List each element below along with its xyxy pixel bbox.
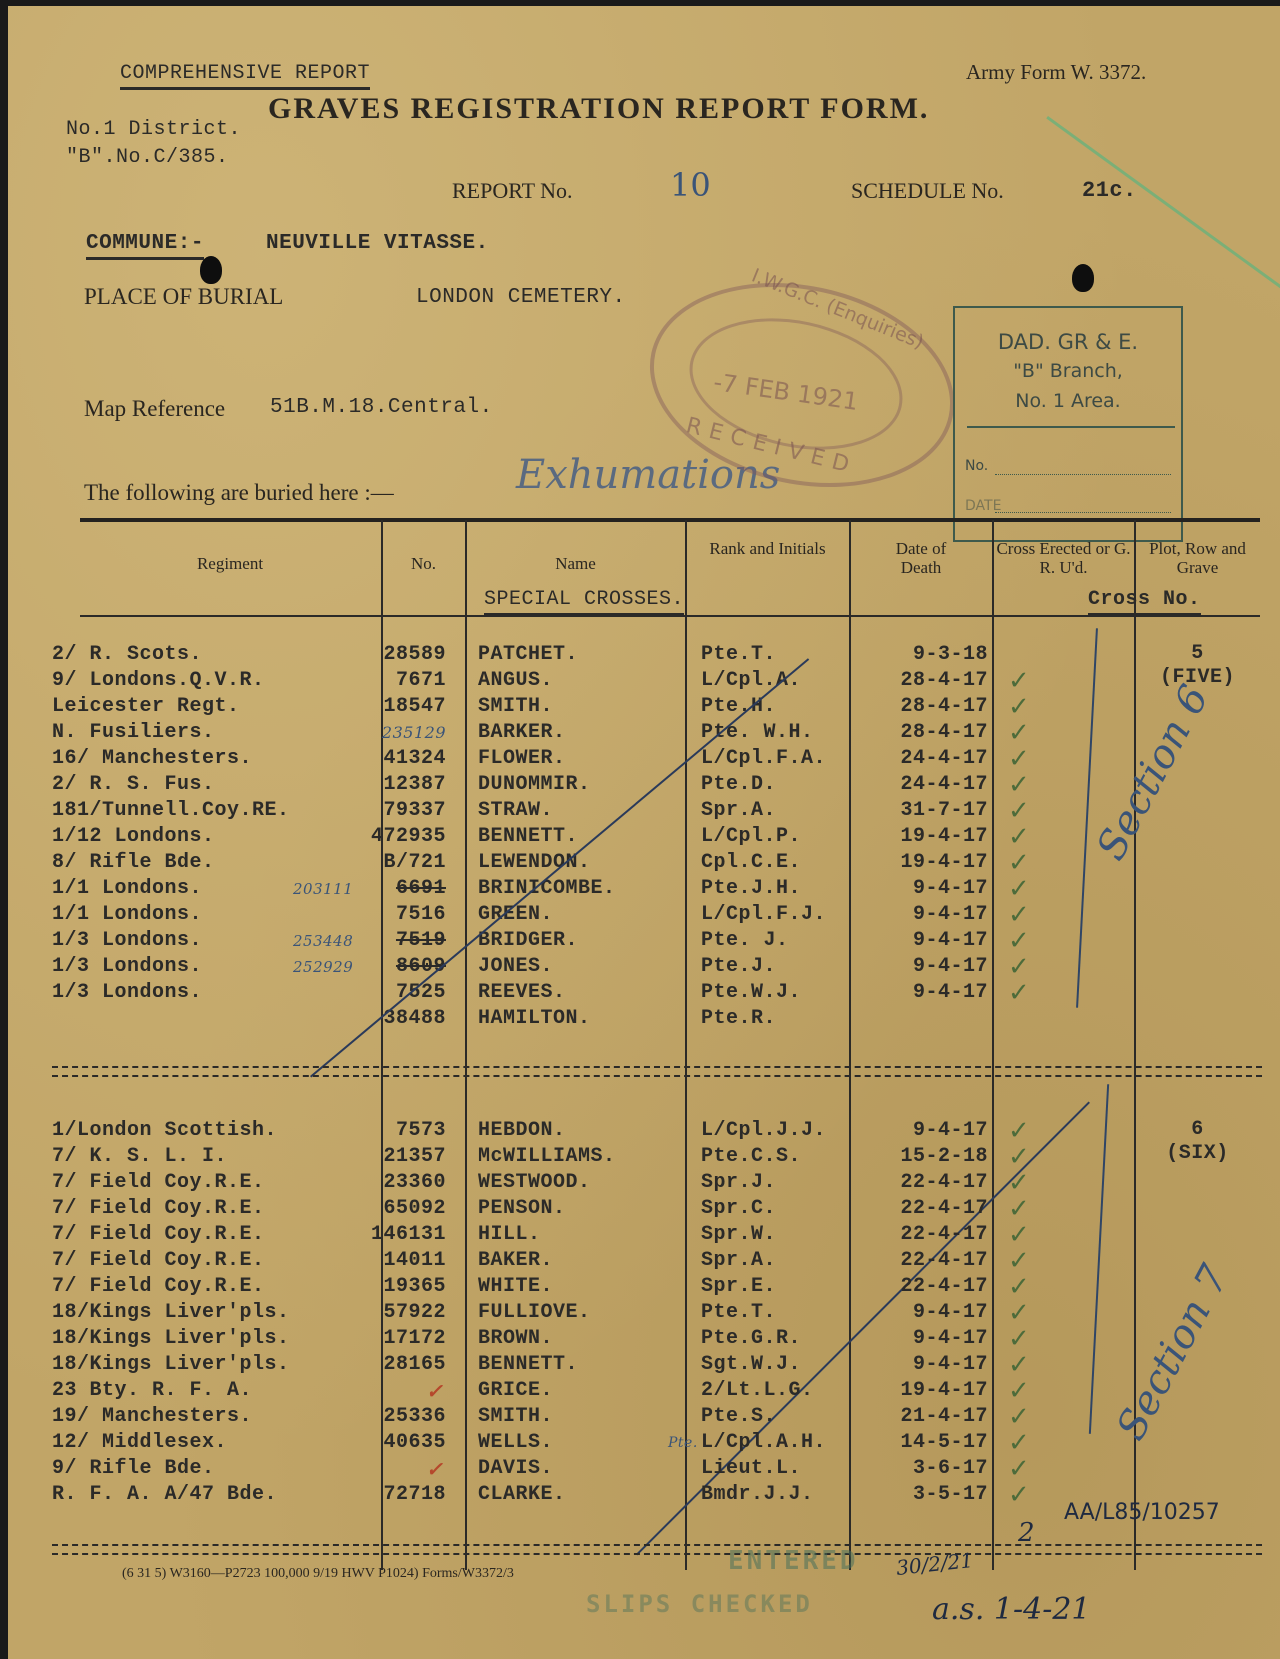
regiment-cell: 23 Bty. R. F. A. [52, 1378, 252, 1404]
commune-value: NEUVILLE VITASSE. [266, 232, 489, 255]
rank-cell: L/Cpl.F.J. [701, 902, 826, 928]
number-cell: 7516 [396, 902, 446, 928]
rank-cell: Pte.T. [701, 642, 776, 668]
regiment-cell: 7/ Field Coy.R.E. [52, 1170, 265, 1196]
name-cell: WHITE. [478, 1274, 553, 1300]
regiment-cell: 1/12 Londons. [52, 824, 215, 850]
print-code: (6 31 5) W3160—P2723 100,000 9/19 HWV P1… [122, 1566, 514, 1582]
regiment-cell: 9/ Rifle Bde. [52, 1456, 215, 1482]
date-cell: 9-4-17 [913, 1118, 988, 1144]
regiment-cell: 18/Kings Liver'pls. [52, 1300, 290, 1326]
name-cell: PATCHET. [478, 642, 578, 668]
checkmark-icon: ✓ [1008, 1196, 1030, 1222]
punch-hole-right [1072, 264, 1094, 292]
regiment-cell: 7/ Field Coy.R.E. [52, 1222, 265, 1248]
dad-stamp-no-field [995, 474, 1171, 475]
name-cell: BAKER. [478, 1248, 553, 1274]
regiment-cell: 2/ R. Scots. [52, 642, 202, 668]
date-cell: 15-2-18 [900, 1144, 988, 1170]
table-row: 7/ Field Coy.R.E.23360WESTWOOD.Spr.J.22-… [8, 1170, 1280, 1196]
rank-cell: Spr.A. [701, 1248, 776, 1274]
rank-cell: Spr.C. [701, 1196, 776, 1222]
rank-cell: Spr.A. [701, 798, 776, 824]
date-cell: 21-4-17 [900, 1404, 988, 1430]
comprehensive-report-heading: COMPREHENSIVE REPORT [120, 62, 370, 90]
checkmark-icon: ✓ [1008, 1326, 1030, 1352]
rank-cell: Cpl.C.E. [701, 850, 801, 876]
table-row: 18/Kings Liver'pls.57922FULLIOVE.Pte.T.9… [8, 1300, 1280, 1326]
number-correction: 252929 [293, 954, 353, 980]
table-row: 23 Bty. R. F. A.✓GRICE.2/Lt.L.G.19-4-17✓ [8, 1378, 1280, 1404]
name-cell: PENSON. [478, 1196, 566, 1222]
checkmark-icon: ✓ [1008, 850, 1030, 876]
rank-cell: Bmdr.J.J. [701, 1482, 814, 1508]
checkmark-icon: ✓ [1008, 1274, 1030, 1300]
number-cell: 146131 [371, 1222, 446, 1248]
number-correction: 253448 [293, 928, 353, 954]
rank-cell: Pte.J. [701, 954, 776, 980]
table-row: 7/ Field Coy.R.E.65092PENSON.Spr.C.22-4-… [8, 1196, 1280, 1222]
dad-stamp-line2: "B" Branch, [955, 360, 1181, 382]
table-row: 7/ K. S. L. I.21357McWILLIAMS.Pte.C.S.15… [8, 1144, 1280, 1170]
rank-cell: Pte.R. [701, 1006, 776, 1032]
number-cell: 38488 [383, 1006, 446, 1032]
checkmark-icon: ✓ [1008, 824, 1030, 850]
checkmark-icon: ✓ [1008, 1404, 1030, 1430]
dad-stamp-line3: No. 1 Area. [955, 390, 1181, 412]
rank-cell: Pte.W.J. [701, 980, 801, 1006]
number-cell: 72718 [383, 1482, 446, 1508]
number-cell: 17172 [383, 1326, 446, 1352]
number-cell: 23360 [383, 1170, 446, 1196]
date-cell: 22-4-17 [900, 1248, 988, 1274]
checkmark-icon: ✓ [1008, 902, 1030, 928]
green-crayon-mark [1046, 116, 1280, 330]
number-cell: 14011 [383, 1248, 446, 1274]
name-cell: HAMILTON. [478, 1006, 591, 1032]
file-reference: AA/L85/10257 [1064, 1500, 1220, 1525]
name-cell: CLARKE. [478, 1482, 566, 1508]
checkmark-icon: ✓ [1008, 1456, 1030, 1482]
name-cell: WESTWOOD. [478, 1170, 591, 1196]
rank-cell: L/Cpl.A.H. [701, 1430, 826, 1456]
number-cell: 28165 [383, 1352, 446, 1378]
regiment-cell: 16/ Manchesters. [52, 746, 252, 772]
regiment-cell: 1/3 Londons. [52, 980, 202, 1006]
date-cell: 22-4-17 [900, 1196, 988, 1222]
table-row: Leicester Regt.18547SMITH.Pte.H.28-4-17✓ [8, 694, 1280, 720]
number-correction: 203111 [293, 876, 353, 902]
regiment-cell: N. Fusiliers. [52, 720, 215, 746]
checkmark-icon: ✓ [1008, 1118, 1030, 1144]
rank-cell: L/Cpl.A. [701, 668, 801, 694]
date-cell: 22-4-17 [900, 1222, 988, 1248]
report-no-value: 10 [670, 166, 711, 204]
table-row: 1/3 Londons.7525REEVES.Pte.W.J.9-4-17✓ [8, 980, 1280, 1006]
regiment-cell: 1/3 Londons. [52, 954, 202, 980]
cross-number-5: 5 [1135, 642, 1260, 665]
rank-cell: Pte.T. [701, 1300, 776, 1326]
red-tick-icon: ✓ [426, 1378, 443, 1404]
dad-stamp-divider [967, 426, 1175, 428]
regiment-cell: 7/ Field Coy.R.E. [52, 1196, 265, 1222]
cross-no-heading: Cross No. [1088, 588, 1201, 616]
regiment-cell: 7/ Field Coy.R.E. [52, 1248, 265, 1274]
number-cell: 57922 [383, 1300, 446, 1326]
date-cell: 3-6-17 [913, 1456, 988, 1482]
rank-cell: L/Cpl.P. [701, 824, 801, 850]
number-cell: 21357 [383, 1144, 446, 1170]
name-cell: ANGUS. [478, 668, 553, 694]
name-cell: WELLS. [478, 1430, 553, 1456]
name-cell: BRIDGER. [478, 928, 578, 954]
name-cell: HILL. [478, 1222, 541, 1248]
regiment-cell: 1/London Scottish. [52, 1118, 277, 1144]
place-of-burial-value: LONDON CEMETERY. [416, 286, 626, 309]
date-cell: 9-4-17 [913, 928, 988, 954]
name-cell: JONES. [478, 954, 553, 980]
number-cell: 40635 [383, 1430, 446, 1456]
regiment-cell: 1/1 Londons. [52, 876, 202, 902]
punch-hole-left [200, 256, 222, 284]
number-cell: 25336 [383, 1404, 446, 1430]
checkmark-icon: ✓ [1008, 772, 1030, 798]
place-of-burial-label: PLACE OF BURIAL [84, 284, 283, 310]
district-label: No.1 District. [66, 118, 241, 141]
regiment-cell: 181/Tunnell.Coy.RE. [52, 798, 290, 824]
date-cell: 19-4-17 [900, 824, 988, 850]
checkmark-icon: ✓ [1008, 954, 1030, 980]
number-cell: 19365 [383, 1274, 446, 1300]
date-cell: 9-4-17 [913, 1326, 988, 1352]
rank-correction: Pte. [668, 1430, 698, 1456]
red-tick-icon: ✓ [426, 1456, 443, 1482]
slips-checked-stamp: SLIPS CHECKED [586, 1590, 813, 1618]
regiment-cell: 1/1 Londons. [52, 902, 202, 928]
regiment-cell: Leicester Regt. [52, 694, 240, 720]
name-cell: SMITH. [478, 694, 553, 720]
regiment-cell: 18/Kings Liver'pls. [52, 1352, 290, 1378]
rank-cell: L/Cpl.J.J. [701, 1118, 826, 1144]
number-cell: B/721 [383, 850, 446, 876]
regiment-cell: 19/ Manchesters. [52, 1404, 252, 1430]
checkmark-icon: ✓ [1008, 1144, 1030, 1170]
rank-cell: Pte.J.H. [701, 876, 801, 902]
cross-number-6: 6 [1135, 1118, 1260, 1141]
header-rank: Rank and Initials [686, 539, 849, 558]
regiment-cell: 18/Kings Liver'pls. [52, 1326, 290, 1352]
rank-cell: Spr.E. [701, 1274, 776, 1300]
date-cell: 9-4-17 [913, 876, 988, 902]
initials-date-note: a.s. 1-4-21 [932, 1592, 1091, 1627]
number-cell: 65092 [383, 1196, 446, 1222]
number-cell: 7671 [396, 668, 446, 694]
date-cell: 9-4-17 [913, 980, 988, 1006]
table-bottom-divider [52, 1544, 1262, 1555]
dad-stamp-no-label: No. [965, 458, 988, 474]
header-name: Name [466, 554, 685, 573]
table-row: 1/1 Londons.7516GREEN.L/Cpl.F.J.9-4-17✓ [8, 902, 1280, 928]
table-row: 9/ Londons.Q.V.R.7671ANGUS.L/Cpl.A.28-4-… [8, 668, 1280, 694]
commune-label: COMMUNE:- [86, 232, 204, 260]
table-top-rule [80, 518, 1260, 522]
date-cell: 9-3-18 [913, 642, 988, 668]
date-cell: 9-4-17 [913, 1300, 988, 1326]
number-cell: 18547 [383, 694, 446, 720]
regiment-cell: R. F. A. A/47 Bde. [52, 1482, 277, 1508]
table-row: 181/Tunnell.Coy.RE.79337STRAW.Spr.A.31-7… [8, 798, 1280, 824]
checkmark-icon: ✓ [1008, 1378, 1030, 1404]
name-cell: FULLIOVE. [478, 1300, 591, 1326]
checkmark-icon: ✓ [1008, 720, 1030, 746]
name-cell: DUNOMMIR. [478, 772, 591, 798]
checkmark-icon: ✓ [1008, 694, 1030, 720]
table-row: 18/Kings Liver'pls.28165BENNETT.Sgt.W.J.… [8, 1352, 1280, 1378]
rank-cell: Lieut.L. [701, 1456, 801, 1482]
name-cell: BROWN. [478, 1326, 553, 1352]
checkmark-icon: ✓ [1008, 1482, 1030, 1508]
header-regiment: Regiment [80, 554, 380, 573]
name-cell: REEVES. [478, 980, 566, 1006]
checkmark-icon: ✓ [1008, 1248, 1030, 1274]
date-cell: 14-5-17 [900, 1430, 988, 1456]
checkmark-icon: ✓ [1008, 1222, 1030, 1248]
rank-cell: Pte.G.R. [701, 1326, 801, 1352]
regiment-cell: 9/ Londons.Q.V.R. [52, 668, 265, 694]
name-cell: BENNETT. [478, 824, 578, 850]
date-cell: 31-7-17 [900, 798, 988, 824]
table-row: 2/ R. Scots.28589PATCHET.Pte.T.9-3-18 [8, 642, 1280, 668]
checkmark-icon: ✓ [1008, 876, 1030, 902]
date-cell: 22-4-17 [900, 1170, 988, 1196]
name-cell: DAVIS. [478, 1456, 553, 1482]
header-plot-row-grave: Plot, Row and Grave [1135, 539, 1260, 577]
table-row: 1/3 Londons.2529298609JONES.Pte.J.9-4-17… [8, 954, 1280, 980]
checkmark-icon: ✓ [1008, 980, 1030, 1006]
date-cell: 24-4-17 [900, 772, 988, 798]
entered-stamp: ENTERED [728, 1546, 859, 1576]
regiment-cell: 1/3 Londons. [52, 928, 202, 954]
name-cell: BENNETT. [478, 1352, 578, 1378]
checkmark-icon: ✓ [1008, 798, 1030, 824]
schedule-no-value: 21c. [1082, 178, 1137, 203]
date-cell: 9-4-17 [913, 902, 988, 928]
date-cell: 9-4-17 [913, 1352, 988, 1378]
regiment-cell: 12/ Middlesex. [52, 1430, 227, 1456]
table-row: 12/ Middlesex.40635WELLS.Pte.L/Cpl.A.H.1… [8, 1430, 1280, 1456]
map-reference-label: Map Reference [84, 396, 225, 422]
date-cell: 28-4-17 [900, 668, 988, 694]
rank-cell: Spr.J. [701, 1170, 776, 1196]
section-divider [52, 1066, 1262, 1077]
checkmark-icon: ✓ [1008, 746, 1030, 772]
buried-here-label: The following are buried here :— [84, 480, 394, 506]
date-cell: 19-4-17 [900, 1378, 988, 1404]
table-row: 1/1 Londons.2031116691BRINICOMBE.Pte.J.H… [8, 876, 1280, 902]
checkmark-icon: ✓ [1008, 1430, 1030, 1456]
regiment-cell: 7/ K. S. L. I. [52, 1144, 227, 1170]
army-form-number: Army Form W. 3372. [966, 60, 1146, 85]
date-cell: 19-4-17 [900, 850, 988, 876]
name-cell: McWILLIAMS. [478, 1144, 616, 1170]
cross-word-five: (FIVE) [1135, 666, 1260, 689]
checkmark-icon: ✓ [1008, 668, 1030, 694]
name-cell: BARKER. [478, 720, 566, 746]
number-cell: 12387 [383, 772, 446, 798]
rank-cell: Pte.D. [701, 772, 776, 798]
checkmark-icon: ✓ [1008, 1352, 1030, 1378]
rank-cell: Pte.C.S. [701, 1144, 801, 1170]
date-cell: 3-5-17 [913, 1482, 988, 1508]
regiment-cell: 7/ Field Coy.R.E. [52, 1274, 265, 1300]
report-no-label: REPORT No. [452, 178, 573, 204]
table-row: 9/ Rifle Bde.✓DAVIS.Lieut.L.3-6-17✓ [8, 1456, 1280, 1482]
number-cell: 7519 [396, 928, 446, 954]
table-row: 19/ Manchesters.25336SMITH.Pte.S.21-4-17… [8, 1404, 1280, 1430]
rank-cell: Pte.S. [701, 1404, 776, 1430]
rank-cell: Pte. J. [701, 928, 789, 954]
number-cell: 6691 [396, 876, 446, 902]
dad-stamp-line1: DAD. GR & E. [955, 330, 1181, 354]
number-cell: 28589 [383, 642, 446, 668]
map-reference-value: 51B.M.18.Central. [270, 396, 493, 419]
table-row: 7/ Field Coy.R.E.14011BAKER.Spr.A.22-4-1… [8, 1248, 1280, 1274]
number-cell: 7573 [396, 1118, 446, 1144]
number-cell: 79337 [383, 798, 446, 824]
checkmark-icon: ✓ [1008, 1170, 1030, 1196]
dad-stamp-date-field [995, 512, 1171, 513]
table-row: 1/3 Londons.2534487519BRIDGER.Pte. J.9-4… [8, 928, 1280, 954]
rank-cell: Sgt.W.J. [701, 1352, 801, 1378]
table-row: 1/London Scottish.7573HEBDON.L/Cpl.J.J.9… [8, 1118, 1280, 1144]
table-row: 7/ Field Coy.R.E.146131HILL.Spr.W.22-4-1… [8, 1222, 1280, 1248]
reference-number: "B".No.C/385. [66, 146, 229, 169]
number-cell: 41324 [383, 746, 446, 772]
rank-cell: Spr.W. [701, 1222, 776, 1248]
regiment-cell: 2/ R. S. Fus. [52, 772, 215, 798]
date-cell: 28-4-17 [900, 720, 988, 746]
table-row: 8/ Rifle Bde.B/721LEWENDON.Cpl.C.E.19-4-… [8, 850, 1280, 876]
grave-registration-form: COMPREHENSIVE REPORT Army Form W. 3372. … [8, 6, 1280, 1659]
checkmark-icon: ✓ [1008, 1300, 1030, 1326]
name-cell: FLOWER. [478, 746, 566, 772]
number-correction: 235129 [382, 720, 446, 746]
rank-cell: 2/Lt.L.G. [701, 1378, 814, 1404]
table-row: 38488HAMILTON.Pte.R. [8, 1006, 1280, 1032]
number-cell: 472935 [371, 824, 446, 850]
rank-cell: L/Cpl.F.A. [701, 746, 826, 772]
name-cell: HEBDON. [478, 1118, 566, 1144]
date-cell: 9-4-17 [913, 954, 988, 980]
name-cell: GRICE. [478, 1378, 553, 1404]
header-cross-erected: Cross Erected or G. R. U'd. [993, 539, 1134, 577]
schedule-no-label: SCHEDULE No. [851, 178, 1004, 204]
table-row: 7/ Field Coy.R.E.19365WHITE.Spr.E.22-4-1… [8, 1274, 1280, 1300]
cross-word-six: (SIX) [1135, 1142, 1260, 1165]
name-cell: STRAW. [478, 798, 553, 824]
name-cell: SMITH. [478, 1404, 553, 1430]
dad-gre-stamp: DAD. GR & E. "B" Branch, No. 1 Area. No.… [953, 306, 1183, 542]
form-title: GRAVES REGISTRATION REPORT FORM. [268, 92, 929, 126]
header-no: No. [382, 554, 465, 573]
header-date: Date of Death [850, 539, 992, 577]
date-cell: 24-4-17 [900, 746, 988, 772]
checkmark-icon: ✓ [1008, 928, 1030, 954]
date-cell: 22-4-17 [900, 1274, 988, 1300]
regiment-cell: 8/ Rifle Bde. [52, 850, 215, 876]
date-cell: 28-4-17 [900, 694, 988, 720]
special-crosses-heading: SPECIAL CROSSES. [484, 588, 684, 616]
table-row: 18/Kings Liver'pls.17172BROWN.Pte.G.R.9-… [8, 1326, 1280, 1352]
